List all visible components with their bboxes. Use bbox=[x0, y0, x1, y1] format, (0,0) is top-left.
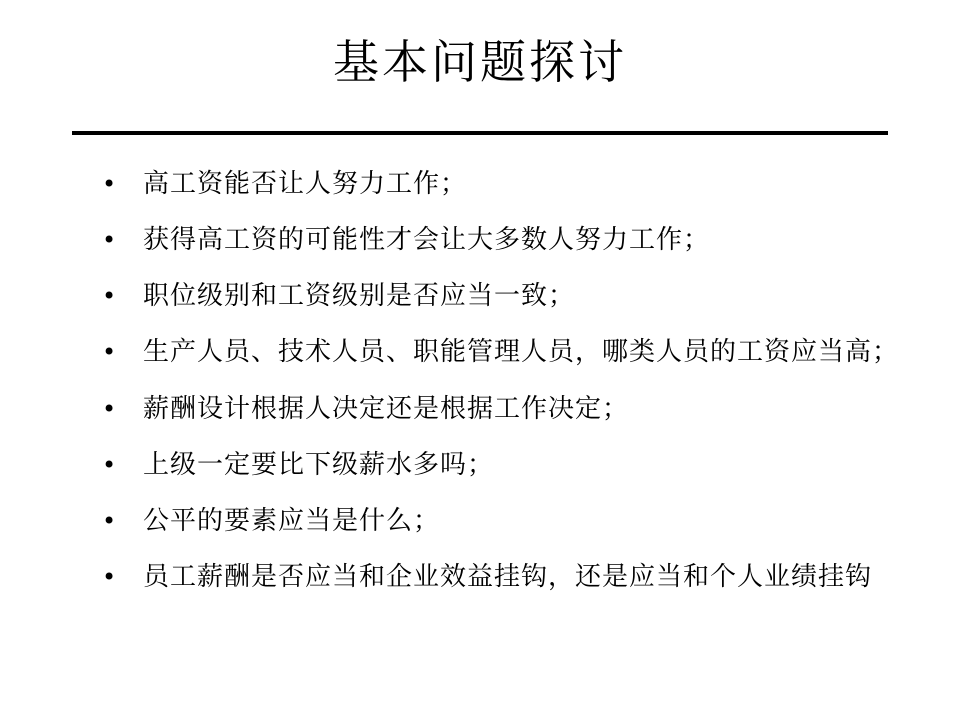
list-item: • 薪酬设计根据人决定还是根据工作决定； bbox=[99, 394, 920, 425]
bullet-text: 员工薪酬是否应当和企业效益挂钩，还是应当和个人业绩挂钩 bbox=[143, 562, 872, 592]
bullet-text: 高工资能否让人努力工作； bbox=[143, 169, 467, 199]
bullet-text: 薪酬设计根据人决定还是根据工作决定； bbox=[143, 394, 629, 424]
bullet-text: 生产人员、技术人员、职能管理人员，哪类人员的工资应当高； bbox=[143, 337, 899, 367]
list-item: • 获得高工资的可能性才会让大多数人努力工作； bbox=[99, 225, 920, 256]
bullet-text: 公平的要素应当是什么； bbox=[143, 506, 440, 536]
bullet-icon: • bbox=[102, 282, 117, 311]
presentation-slide: 基本问题探讨 • 高工资能否让人努力工作； • 获得高工资的可能性才会让大多数人… bbox=[0, 0, 960, 720]
list-item: • 上级一定要比下级薪水多吗； bbox=[99, 450, 920, 481]
slide-title: 基本问题探讨 bbox=[0, 0, 960, 89]
list-item: • 职位级别和工资级别是否应当一致； bbox=[99, 281, 920, 312]
list-item: • 员工薪酬是否应当和企业效益挂钩，还是应当和个人业绩挂钩 bbox=[99, 562, 920, 593]
title-divider bbox=[72, 131, 888, 135]
list-item: • 公平的要素应当是什么； bbox=[99, 506, 920, 537]
bullet-icon: • bbox=[102, 170, 117, 199]
bullet-icon: • bbox=[102, 395, 117, 424]
bullet-icon: • bbox=[102, 563, 117, 592]
bullet-text: 获得高工资的可能性才会让大多数人努力工作； bbox=[143, 225, 710, 255]
bullet-text: 职位级别和工资级别是否应当一致； bbox=[143, 281, 575, 311]
bullet-text: 上级一定要比下级薪水多吗； bbox=[143, 450, 494, 480]
bullet-icon: • bbox=[102, 507, 117, 536]
bullet-icon: • bbox=[102, 451, 117, 480]
list-item: • 高工资能否让人努力工作； bbox=[99, 169, 920, 200]
bullet-icon: • bbox=[102, 338, 117, 367]
bullet-icon: • bbox=[102, 226, 117, 255]
bullet-list: • 高工资能否让人努力工作； • 获得高工资的可能性才会让大多数人努力工作； •… bbox=[0, 169, 960, 594]
list-item: • 生产人员、技术人员、职能管理人员，哪类人员的工资应当高； bbox=[99, 337, 920, 368]
